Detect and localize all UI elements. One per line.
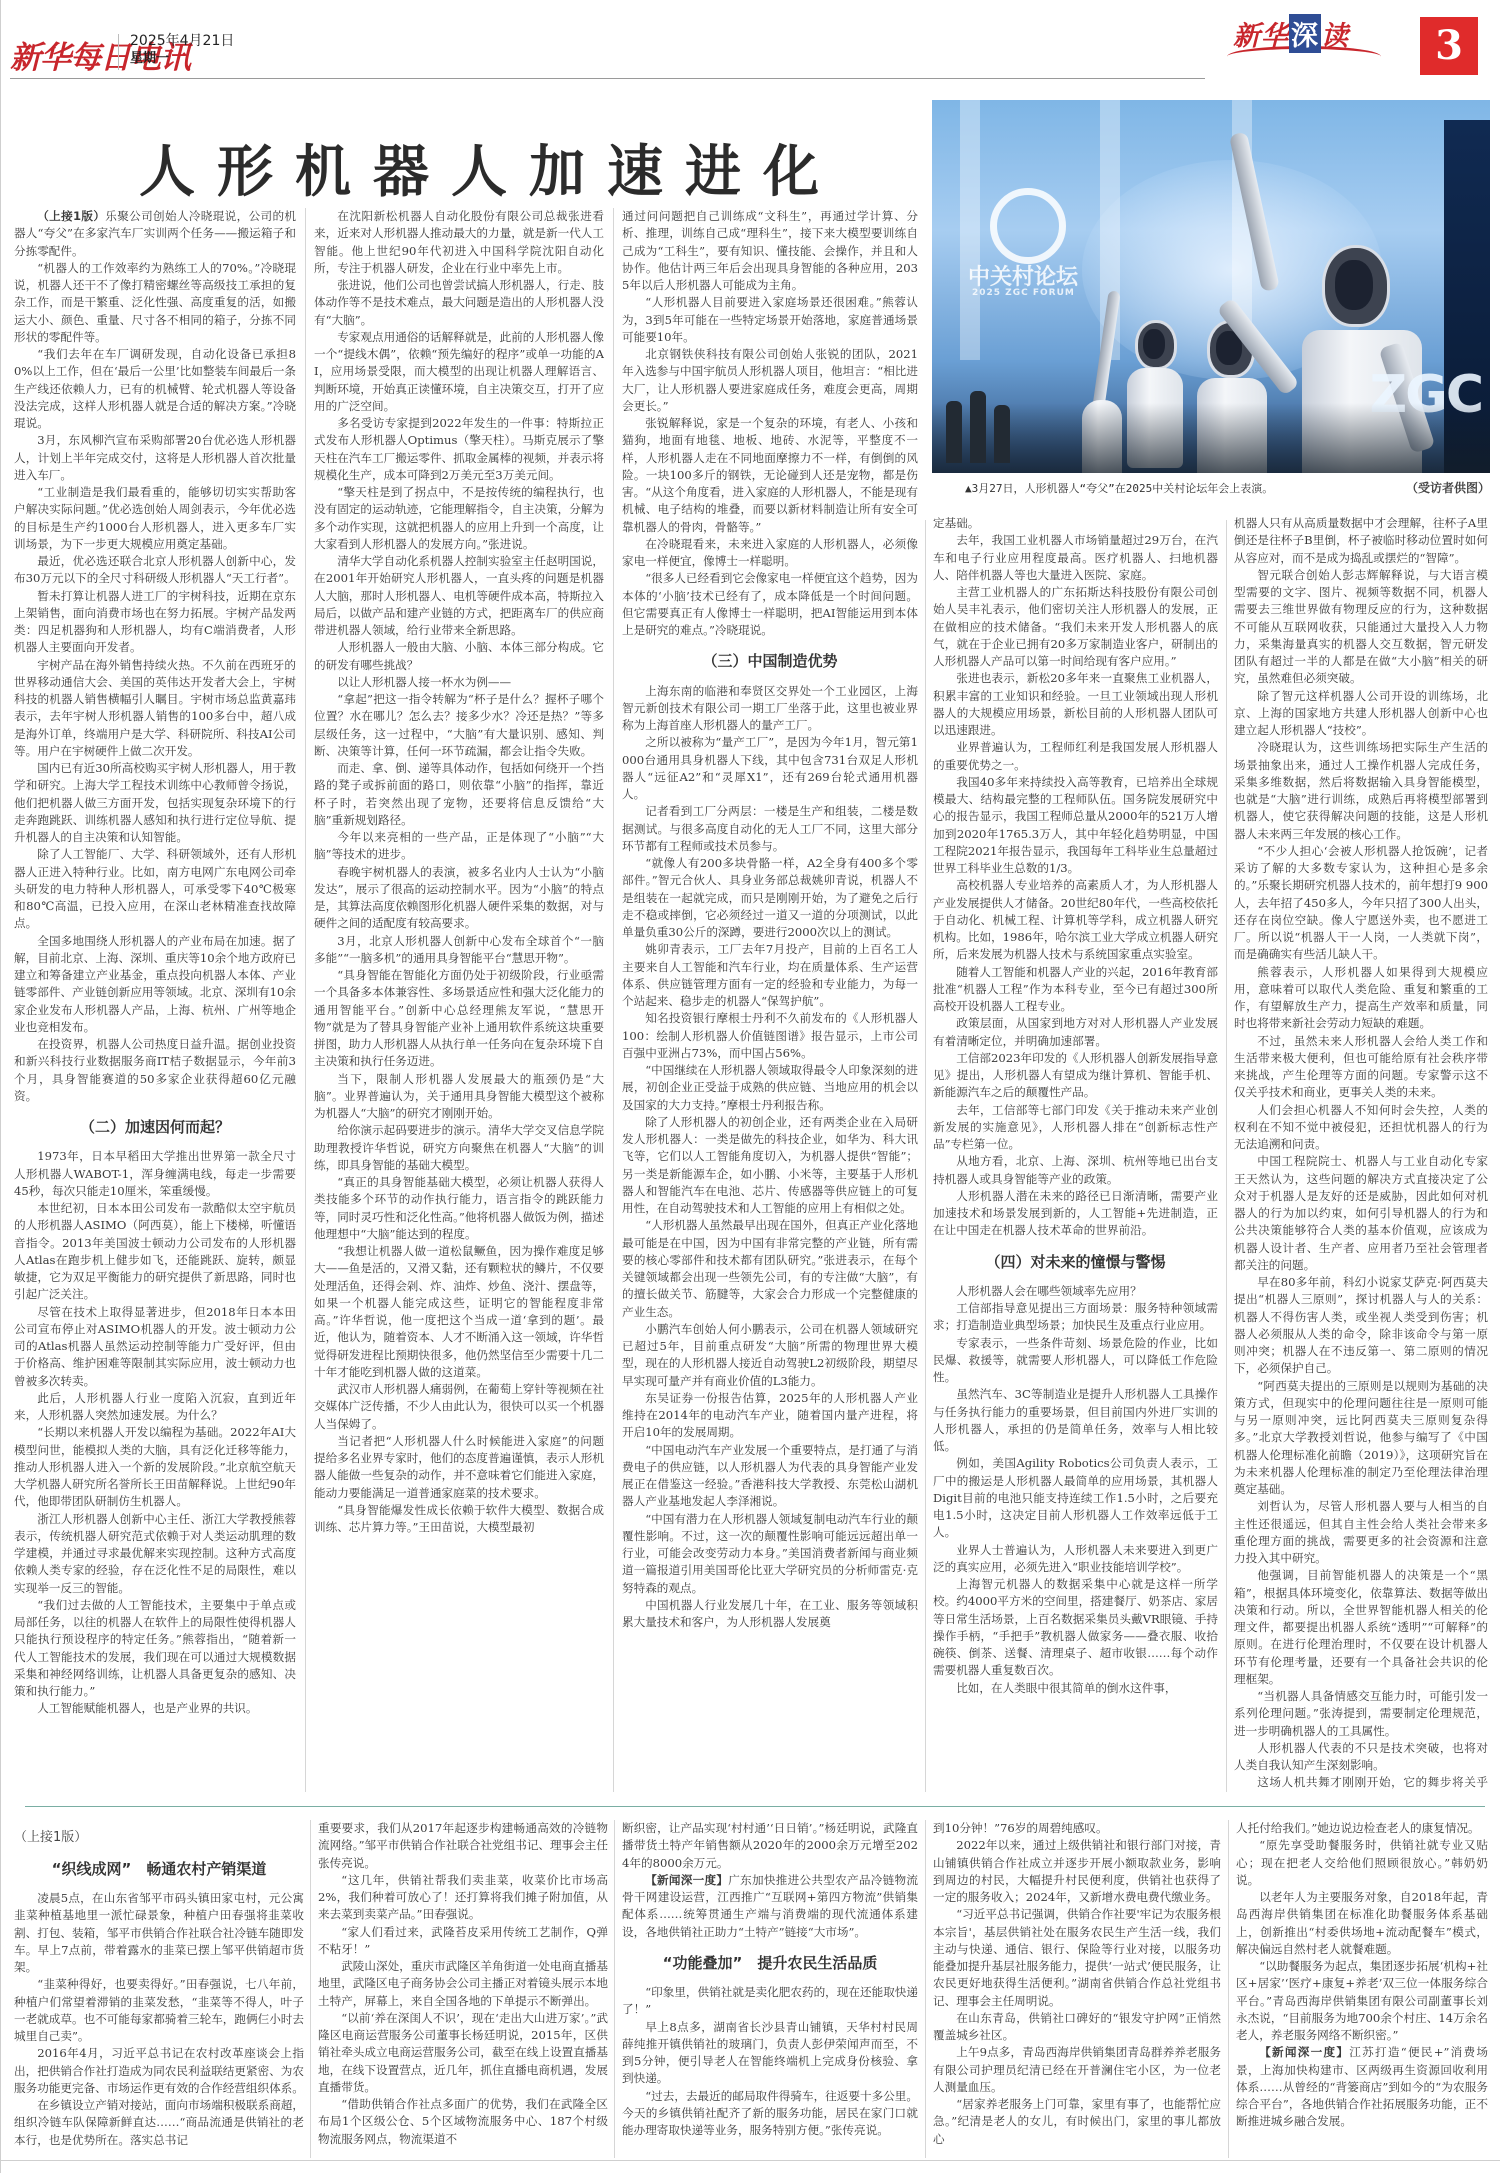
article-paragraph: 上午9点多，青岛西海岸供销集团青岛群养养老服务有限公司护理员纪清已经在开普澜住宅… (933, 2044, 1221, 2096)
paragraph-text: “擎天柱是到了拐点中，不是按传统的编程执行，也没有固定的运动轨迹，它能理解指令，… (314, 485, 604, 551)
article-paragraph: 专家观点用通俗的话解释就是，此前的人形机器人像一个“提线木偶”，依赖“预先编好的… (314, 329, 604, 415)
paragraph-text: 早上8点多，湖南省长沙县青山铺镇，天华村村民周薛纯推开镇供销社的玻璃门，负责人彭… (622, 2020, 918, 2086)
article-paragraph: 张进也表示，新松20多年来一直聚焦工业机器人，积累丰富的工业知识和经验。一旦工业… (933, 670, 1218, 739)
paragraph-text: “工业制造是我们最看重的，能够切切实实帮助客户解决实际问题。”优必选创始人周剑表… (14, 485, 296, 551)
paragraph-text: 给你演示起码要进步的演示。清华大学交叉信息学院助理教授许华哲说，研究方向聚焦在机… (314, 1123, 604, 1172)
paragraph-text: 智元联合创始人彭志辉解释说，与大语言模型需要的文字、图片、视频等数据不同，机器人… (1234, 568, 1488, 686)
article-paragraph: “我想让机器人做一道松鼠鳜鱼，因为操作难度足够大——鱼是活的，又滑又黏，还有颗粒… (314, 1243, 604, 1381)
paragraph-text: 除了人形机器人的初创企业，还有两类企业在入局研发人形机器人：一类是做先的科技企业… (622, 1115, 918, 1215)
article-paragraph: 这场人机共舞才刚刚开始，它的舞步将关乎文明未来的律动。 (1234, 1774, 1488, 1792)
paragraph-text: 专家观点用通俗的话解释就是，此前的人形机器人像一个“提线木偶”，依赖“预先编好的… (314, 330, 604, 413)
article-paragraph: 业界人士普遍认为，人形机器人未来要进入到更广泛的真实应用，必须先进入“职业技能培… (933, 1542, 1218, 1577)
article-paragraph: “擎天柱是到了拐点中，不是按传统的编程执行，也没有固定的运动轨迹，它能理解指令，… (314, 484, 604, 553)
article-paragraph: “中国有潜力在人形机器人领域复制电动汽车行业的颠覆性影响。不过，这一次的颠覆性影… (622, 1511, 918, 1597)
brand-highlight: 深 (1289, 14, 1321, 53)
article-paragraph: 定基础。 (933, 515, 1218, 532)
paragraph-text: 上海东南的临港和奉贤区交界处一个工业园区，上海智元新创技术有限公司一期工厂坐落于… (622, 684, 918, 733)
paragraph-text: 上海智元机器人的数据采集中心就是这样一所学校。约4000平方米的空间里，搭建餐厅… (933, 1577, 1218, 1677)
article-paragraph: 春晚宇树机器人的表演，被多名业内人士认为“小脑发达”，展示了很高的运动控制水平。… (314, 864, 604, 933)
paragraph-text: 除了人工智能厂、大学、科研领域外，还有人形机器人正进入特种行业。比如，南方电网广… (14, 847, 296, 930)
photographer-figure (946, 401, 962, 463)
section-subheading: （二）加速因何而起？ (14, 1119, 296, 1136)
article-paragraph: “中国继续在人形机器人领域取得最令人印象深刻的进展，初创企业正受益于成熟的供应链… (622, 1062, 918, 1114)
article-paragraph: 此后，人形机器人行业一度陷入沉寂，直到近年来，人形机器人突然加速发展。为什么？ (14, 1390, 296, 1425)
paragraph-text: 今年以来亮相的一些产品，正是体现了“小脑”“大脑”等技术的进步。 (314, 830, 604, 861)
article-paragraph: 业界普遍认为，工程师红利是我国发展人形机器人的重要优势之一。 (933, 739, 1218, 774)
article-paragraph: “习近平总书记强调，供销合作社要'牢记为农服务根本宗旨'，基层供销社处在服务农民… (933, 1906, 1221, 2010)
article-paragraph: 人工智能赋能机器人，也是产业界的共识。 (14, 1700, 296, 1717)
article-paragraph: 除了智元这样机器人公司开设的训练场，北京、上海的国家地方共建人形机器人创新中心也… (1234, 688, 1488, 740)
article-paragraph: 中国工程院院士、机器人与工业自动化专家王天然认为，这些问题的解决方式直接决定了公… (1234, 1153, 1488, 1274)
paragraph-text: “我们过去做的人工智能技术，主要集中于单点或局部任务，以往的机器人在软件上的局限… (14, 1598, 296, 1698)
article-paragraph: 多名受访专家提到2022年发生的一件事：特斯拉正式发布人形机器人Optimus（… (314, 415, 604, 484)
article-paragraph: 我国40多年来持续投入高等教育，已培养出全球规模最大、结构最完整的工程师队伍。国… (933, 774, 1218, 878)
paragraph-text: 例如，美国Agility Robotics公司负责人表示，工厂中的搬运是人形机器… (933, 1456, 1218, 1539)
article-paragraph: 到10分钟！”76岁的周碧纯感叹。 (933, 1820, 1221, 1837)
article-paragraph: “拿起”把这一指令转解为“杯子是什么？握杯子哪个位置？水在哪儿？怎么去？接多少水… (314, 691, 604, 760)
article-paragraph: 当下，限制人形机器人发展最大的瓶颈仍是“大脑”。业界普遍认为，关于通用具身智能大… (314, 1071, 604, 1123)
article-paragraph: 张进说，他们公司也曾尝试搞人形机器人，行走、肢体动作等不是技术难点，最大问题是造… (314, 277, 604, 329)
photo-backdrop-subtext: 2025 ZGC FORUM (972, 288, 1075, 298)
paragraph-text: “原先享受助餐服务时，供销社就专业又贴心；现在把老人交给他们照顾很放心。”韩奶奶… (1236, 1838, 1488, 1887)
article-column-2: 在沈阳新松机器人自动化股份有限公司总裁张进看来，近来对人形机器人推动最大的力量，… (314, 208, 604, 1792)
lower-column-2: 重要要求，我们从2017年起逐步构建畅通高效的冷链物流网络。”邹平市供销合作社联… (318, 1820, 608, 2158)
paragraph-text: “居家养老服务上门可靠，家里有事了，也能帮忙应急。”纪清是老人的女儿，有时候出门… (933, 2097, 1221, 2146)
paragraph-text: 人形机器人会在哪些领域率先应用？ (956, 1284, 1142, 1298)
news-depth-tag: 【新闻深一度】 (1259, 2045, 1349, 2059)
section-subheading: （三）中国制造优势 (622, 653, 918, 670)
article-paragraph: 3月，东风柳汽宣布采购部署20台优必选人形机器人，计划上半年完成交付，这将是人形… (14, 432, 296, 484)
article-paragraph: “中国电动汽车产业发展一个重要特点，是打通了与消费电子的供应链，以人形机器人为代… (622, 1442, 918, 1511)
paragraph-text: 东吴证券一份报告估算，2025年的人形机器人产业维持在2014年的电动汽车产业，… (622, 1391, 918, 1440)
article-paragraph: 之所以被称为“量产工厂”，是因为今年1月，智元第1000台通用具身机器人下线，其… (622, 734, 918, 803)
paragraph-text: 人形机器人潜在未来的路径已日渐清晰，需要产业加速技术和场景发展到新的，人工智能+… (933, 1189, 1218, 1238)
column-rule (1226, 520, 1227, 1792)
brand-suffix: 读 (1321, 21, 1349, 52)
paragraph-text: 通过问问题把自己训练成“文科生”，再通过学计算、分析、推理，训练自己成“理科生”… (622, 209, 918, 292)
paragraph-text: “家人们看过来，武隆苔皮采用传统工艺制作，Q弹不粘牙！” (318, 1925, 608, 1956)
article-paragraph: 早在80多年前，科幻小说家艾萨克·阿西莫夫提出“机器人三原则”，探讨机器人与人的… (1234, 1274, 1488, 1378)
article-paragraph: 主营工业机器人的广东拓斯达科技股份有限公司创始人吴丰礼表示，他们密切关注人形机器… (933, 584, 1218, 670)
paragraph-text: 暂未打算让机器人进工厂的宇树科技，近期在京东上架销售，面向消费市场也在努力拓展。… (14, 589, 296, 655)
photographer-figure (970, 391, 986, 463)
article-column-3: 通过问问题把自己训练成“文科生”，再通过学计算、分析、推理，训练自己成“理科生”… (622, 208, 918, 1792)
paragraph-text: “长期以来机器人开发以编程为基础。2022年AI大模型问世，能模拟人类的大脑，具… (14, 1425, 296, 1508)
article-paragraph: 工信部指导意见提出三方面场景：服务特种领域需求；打造制造业典型场景；加快民生及重… (933, 1300, 1218, 1335)
continued-from-label: （上接1版） (14, 1826, 87, 1845)
article-paragraph: 武陵山深处，重庆市武隆区羊角街道一处电商直播基地里，武隆区电子商务协会公司主播正… (318, 1958, 608, 2010)
column-rule (310, 1820, 311, 2158)
article-paragraph: 【新闻深一度】广东加快推进公共型农产品冷链物流骨干网建设运营，江西推广“互联网+… (622, 1872, 918, 1941)
paragraph-text: 中国工程院院士、机器人与工业自动化专家王天然认为，这些问题的解决方式直接决定了公… (1234, 1154, 1488, 1272)
article-paragraph: 东吴证券一份报告估算，2025年的人形机器人产业维持在2014年的电动汽车产业，… (622, 1390, 918, 1442)
article-paragraph: “人形机器人目前要进入家庭场景还很困难。”熊蓉认为，3到5年可能在一些特定场景开… (622, 294, 918, 346)
paragraph-text: 断织密，让产品实现‘村村通’‘日日销’。”杨廷明说，武隆直播带货土特产年销售额从… (622, 1821, 918, 1870)
article-paragraph: 凌晨5点，在山东省邹平市码头镇田家屯村，元公寓韭菜种植基地里一派忙碌景象，种植户… (14, 1890, 304, 1976)
article-paragraph: 当记者把“人形机器人什么时候能进入家庭”的问题提给多名业界专家时，他们的态度普遍… (314, 1433, 604, 1502)
lower-column-3: 断织密，让产品实现‘村村通’‘日日销’。”杨廷明说，武隆直播带货土特产年销售额从… (622, 1820, 918, 2158)
section-brand-logo: 新华深读 (1225, 14, 1385, 66)
paragraph-text: 以老年人为主要服务对象，自2018年起，青岛西海岸供销集团在标准化助餐服务体系基… (1236, 1890, 1488, 1956)
article-paragraph: 机器人只有从高质量数据中才会理解，往杯子A里倒还是往杯子B里倒，杯子被临时移动位… (1234, 515, 1488, 567)
section-subheading: “功能叠加” 提升农民生活品质 (622, 1955, 918, 1972)
article-paragraph: 在山东青岛，供销社口碑好的“银发守护网”正悄然覆盖城乡社区。 (933, 2010, 1221, 2045)
paragraph-text: 虽然汽车、3C等制造业是提升人形机器人工具操作与任务执行能力的重要场景，但目前国… (933, 1387, 1218, 1453)
paragraph-text: 早在80多年前，科幻小说家艾萨克·阿西莫夫提出“机器人三原则”，探讨机器人与人的… (1234, 1275, 1488, 1375)
paragraph-text: 重要要求，我们从2017年起逐步构建畅通高效的冷链物流网络。”邹平市供销合作社联… (318, 1821, 608, 1870)
paragraph-text: 小鹏汽车创始人何小鹏表示，公司在机器人领域研究已超过5年，目前重点研发“大脑”所… (622, 1322, 918, 1388)
article-paragraph: “过去，去最近的邮局取件得骑车，往返要十多公里。今天的乡镇供销社配齐了新的服务功… (622, 2088, 918, 2140)
article-paragraph: “印象里，供销社就是卖化肥农药的，现在还能取快递了！” (622, 1984, 918, 2019)
paragraph-text: 在乡镇设立产销对接站，面向市场端积极联系商超，组织冷链车队保障新鲜直达……“商品… (14, 2098, 304, 2147)
article-paragraph: 北京钢铁侠科技有限公司创始人张锐的团队，2021年入选参与中国宇航员人形机器人项… (622, 346, 918, 415)
photo-caption: ▲3月27日，人形机器人“夸父”在2025中关村论坛年会上表演。 （受访者供图） (965, 480, 1490, 496)
article-paragraph: 专家表示，一些条件苛刻、场景危险的作业，比如民爆、救援等，就需要人形机器人，可以… (933, 1335, 1218, 1387)
paragraph-text: 多名受访专家提到2022年发生的一件事：特斯拉正式发布人形机器人Optimus（… (314, 416, 604, 482)
article-column-5: 机器人只有从高质量数据中才会理解，往杯子A里倒还是往杯子B里倒，杯子被临时移动位… (1234, 515, 1488, 1792)
article-paragraph: 3月，北京人形机器人创新中心发布全球首个“一脑多能”“一脑多机”的通用具身智能平… (314, 933, 604, 968)
article-paragraph: 中国机器人行业发展几十年，在工业、服务等领域积累大量技术和客户，为人形机器人发展… (622, 1597, 918, 1632)
paragraph-text: “我们去年在车厂调研发现，自动化设备已承担80%以上工作，但在‘最后一公里’比如… (14, 347, 296, 430)
page-left-border (0, 0, 1, 2173)
article-paragraph: “不少人担心‘会被人形机器人抢饭碗’，记者采访了解的大多数专家认为，这种担心是多… (1234, 843, 1488, 964)
paragraph-text: 到10分钟！”76岁的周碧纯感叹。 (933, 1821, 1108, 1835)
paragraph-text: 武汉市人形机器人痛弱例，在葡萄上穿针等视频在社交媒体广泛传播，不少人由此认为，很… (314, 1382, 604, 1431)
masthead-separator (118, 34, 119, 70)
paragraph-text: 国内已有近30所高校购买宇树人形机器人，用于教学和研究。上海大学工程技术训练中心… (14, 761, 296, 844)
article-paragraph: 断织密，让产品实现‘村村通’‘日日销’。”杨廷明说，武隆直播带货土特产年销售额从… (622, 1820, 918, 1872)
paragraph-text: 记者看到工厂分两层：一楼是生产和组装，二楼是数据测试。与很多高度自动化的无人工厂… (622, 804, 918, 853)
article-paragraph: 人们会担心机器人不知何时会失控，人类的权利在不知不觉中被侵犯，还担忧机器人的行为… (1234, 1102, 1488, 1154)
article-paragraph: 随着人工智能和机器人产业的兴起，2016年教育部批准“机器人工程”作为本科专业，… (933, 964, 1218, 1016)
paragraph-text: 3月，北京人形机器人创新中心发布全球首个“一脑多能”“一脑多机”的通用具身智能平… (314, 934, 604, 965)
news-depth-tag: 【新闻深一度】 (645, 1873, 728, 1887)
article-paragraph: 本世纪初，日本本田公司发布一款酷似太空宇航员的人形机器人ASIMO（阿西莫），能… (14, 1200, 296, 1304)
paragraph-text: 本世纪初，日本本田公司发布一款酷似太空宇航员的人形机器人ASIMO（阿西莫），能… (14, 1201, 296, 1301)
paragraph-text: 主营工业机器人的广东拓斯达科技股份有限公司创始人吴丰礼表示，他们密切关注人形机器… (933, 585, 1218, 668)
article-paragraph: 暂未打算让机器人进工厂的宇树科技，近期在京东上架销售，面向消费市场也在努力拓展。… (14, 588, 296, 657)
paragraph-text: 全国多地围绕人形机器人的产业布局在加速。据了解，目前北京、上海、深圳、重庆等10… (14, 934, 296, 1034)
paragraph-text: 张进说，他们公司也曾尝试搞人形机器人，行走、肢体动作等不是技术难点，最大问题是造… (314, 278, 604, 327)
column-rule (305, 208, 306, 1792)
article-paragraph: 以老年人为主要服务对象，自2018年起，青岛西海岸供销集团在标准化助餐服务体系基… (1236, 1889, 1488, 1958)
paragraph-text: 2022年以来，通过上级供销社和银行部门对接，青山铺镇供销合作社成立并逐步开展小… (933, 1838, 1221, 1904)
paragraph-text: 凌晨5点，在山东省邹平市码头镇田家屯村，元公寓韭菜种植基地里一派忙碌景象，种植户… (14, 1891, 304, 1974)
article-paragraph: 工信部2023年印发的《人形机器人创新发展指导意见》提出，人形机器人有望成为继计… (933, 1050, 1218, 1102)
paragraph-text: 冷晓琨认为，这些训练场把实际生产生活的场景抽象出来，通过人工操作机器人完成任务，… (1234, 740, 1488, 840)
article-paragraph: 【新闻深一度】江苏打造“便民+”消费场景，上海加快构建市、区两级再生资源回收利用… (1236, 2044, 1488, 2130)
article-photo: 中关村论坛 2025 ZGC FORUM ZGC (932, 100, 1490, 473)
paragraph-text: 之所以被称为“量产工厂”，是因为今年1月，智元第1000台通用具身机器人下线，其… (622, 735, 918, 801)
article-paragraph: 在冷晓琨看来，未来进入家庭的人形机器人，必须像家电一样便宜，像博士一样聪明。 (622, 536, 918, 571)
paragraph-text: 此后，人形机器人行业一度陷入沉寂，直到近年来，人形机器人突然加速发展。为什么？ (14, 1391, 296, 1422)
article-paragraph: “机器人的工作效率约为熟练工人的70%。”冷晓琨说，机器人还干不了像打精密螺丝等… (14, 260, 296, 346)
paragraph-text: 张进也表示，新松20多年来一直聚焦工业机器人，积累丰富的工业知识和经验。一旦工业… (933, 671, 1218, 737)
article-paragraph: “当机器人具备情感交互能力时，可能引发一系列伦理问题。”张涛提到，需要制定伦理规… (1234, 1688, 1488, 1740)
article-paragraph: 最近，优必选还联合北京人形机器人创新中心，发布30万元以下的全尺寸科研级人形机器… (14, 553, 296, 588)
article-paragraph: 姚卯青表示，工厂去年7月投产，目前的上百名工人主要来自人工智能和汽车行业，均在质… (622, 941, 918, 1010)
paragraph-text: 业界普遍认为，工程师红利是我国发展人形机器人的重要优势之一。 (933, 740, 1218, 771)
article-paragraph: 去年，工信部等七部门印发《关于推动未来产业创新发展的实施意见》，人形机器人排在“… (933, 1102, 1218, 1154)
article-paragraph: 知名投资银行摩根士丹利不久前发布的《人形机器人100：绘制人形机器人价值链图谱》… (622, 1010, 918, 1062)
article-paragraph: “居家养老服务上门可靠，家里有事了，也能帮忙应急。”纪清是老人的女儿，有时候出门… (933, 2096, 1221, 2148)
paragraph-text: 去年，我国工业机器人市场销量超过29万台，在汽车和电子行业应用程度最高。医疗机器… (933, 533, 1218, 582)
paragraph-text: “以前‘养在深闺人不识’，现在‘走出大山进万家’。”武隆区电商运营服务公司董事长… (318, 2011, 608, 2094)
article-paragraph: 清华大学自动化系机器人控制实验室主任赵明国说，在2001年开始研究人形机器人，一… (314, 553, 604, 639)
paragraph-text: 在沈阳新松机器人自动化股份有限公司总裁张进看来，近来对人形机器人推动最大的力量，… (314, 209, 604, 275)
paragraph-text: 从地方看，北京、上海、深圳、杭州等地已出台支持机器人或具身智能等产业的政策。 (933, 1154, 1218, 1185)
issue-date: 2025年4月21日 (130, 32, 234, 50)
article-paragraph: 2022年以来，通过上级供销社和银行部门对接，青山铺镇供销合作社成立并逐步开展小… (933, 1837, 1221, 1906)
article-paragraph: 国内已有近30所高校购买宇树人形机器人，用于教学和研究。上海大学工程技术训练中心… (14, 760, 296, 846)
column-rule (613, 208, 614, 1792)
photo-pillar (960, 100, 980, 360)
paragraph-text: “不少人担心‘会被人形机器人抢饭碗’，记者采访了解的大多数专家认为，这种担心是多… (1234, 844, 1488, 962)
paragraph-text: 人们会担心机器人不知何时会失控，人类的权利在不知不觉中被侵犯，还担忧机器人的行为… (1234, 1103, 1488, 1152)
article-paragraph: 冷晓琨认为，这些训练场把实际生产生活的场景抽象出来，通过人工操作机器人完成任务，… (1234, 739, 1488, 843)
paragraph-text: “过去，去最近的邮局取件得骑车，往返要十多公里。今天的乡镇供销社配齐了新的服务功… (622, 2089, 918, 2138)
column-rule (614, 1820, 615, 2158)
article-paragraph: 张锐解释说，家是一个复杂的环境，有老人、小孩和猫狗，地面有地毯、地板、地砖、水泥… (622, 415, 918, 536)
paragraph-text: “中国继续在人形机器人领域取得最令人印象深刻的进展，初创企业正受益于成熟的供应链… (622, 1063, 918, 1112)
article-paragraph: 上海东南的临港和奉贤区交界处一个工业园区，上海智元新创技术有限公司一期工厂坐落于… (622, 683, 918, 735)
paragraph-text: “当机器人具备情感交互能力时，可能引发一系列伦理问题。”张涛提到，需要制定伦理规… (1234, 1689, 1488, 1738)
article-paragraph: “很多人已经看到它会像家电一样便宜这个趋势，因为本体的‘小脑’技术已经有了，成本… (622, 570, 918, 639)
article-paragraph: 智元联合创始人彭志辉解释说，与大语言模型需要的文字、图片、视频等数据不同，机器人… (1234, 567, 1488, 688)
article-paragraph: “我们去年在车厂调研发现，自动化设备已承担80%以上工作，但在‘最后一公里’比如… (14, 346, 296, 432)
paragraph-text: 3月，东风柳汽宣布采购部署20台优必选人形机器人，计划上半年完成交付，这将是人形… (14, 433, 296, 482)
paragraph-text: 春晚宇树机器人的表演，被多名业内人士认为“小脑发达”，展示了很高的运动控制水平。… (314, 865, 604, 931)
article-paragraph: 虽然汽车、3C等制造业是提升人形机器人工具操作与任务执行能力的重要场景，但目前国… (933, 1386, 1218, 1455)
article-paragraph: “原先享受助餐服务时，供销社就专业又贴心；现在把老人交给他们照顾很放心。”韩奶奶… (1236, 1837, 1488, 1889)
paragraph-text: 在投资界，机器人公司热度日益升温。据创业投资和新兴科技行业数据服务商IT桔子数据… (14, 1037, 296, 1103)
photo-floor (932, 403, 1490, 473)
issue-weekday: 星期一 (130, 50, 234, 68)
article-paragraph: “工业制造是我们最看重的，能够切切实实帮助客户解决实际问题。”优必选创始人周剑表… (14, 484, 296, 553)
paragraph-text: 北京钢铁侠科技有限公司创始人张锐的团队，2021年入选参与中国宇航员人形机器人项… (622, 347, 918, 413)
issue-date-block: 2025年4月21日 星期一 (130, 32, 234, 68)
article-paragraph: “具身智能在智能化方面仍处于初级阶段，行业亟需一个具备多本体兼容性、多场景适应性… (314, 967, 604, 1071)
paragraph-text: 尽管在技术上取得显著进步，但2018年日本本田公司宣布停止对ASIMO机器人的开… (14, 1305, 296, 1388)
photo-backdrop-text: 中关村论坛 (968, 260, 1078, 291)
photo-credit: （受访者供图） (1406, 479, 1490, 496)
column-rule (925, 520, 926, 1792)
section-subheading: （四）对未来的憧憬与警惕 (933, 1254, 1218, 1271)
article-paragraph: 人托付给我们。”她边说边检查老人的康复情况。 (1236, 1820, 1488, 1837)
article-paragraph: “韭菜种得好，也要卖得好。”田春强说，七八年前，种植户们常望着滞销的韭菜发愁，“… (14, 1976, 304, 2045)
article-paragraph: “以前‘养在深闺人不识’，现在‘走出大山进万家’。”武隆区电商运营服务公司董事长… (318, 2010, 608, 2096)
paragraph-text: 人形机器人一般由大脑、小脑、本体三部分构成。它的研发有哪些挑战？ (314, 640, 604, 671)
article-paragraph: “阿西莫夫提出的三原则是以规则为基础的决策方式，但现实中的伦理问题往往是一原则可… (1234, 1378, 1488, 1499)
article-paragraph: 今年以来亮相的一些产品，正是体现了“小脑”“大脑”等技术的进步。 (314, 829, 604, 864)
paragraph-text: 我国40多年来持续投入高等教育，已培养出全球规模最大、结构最完整的工程师队伍。国… (933, 775, 1218, 875)
article-paragraph: 早上8点多，湖南省长沙县青山铺镇，天华村村民周薛纯推开镇供销社的玻璃门，负责人彭… (622, 2019, 918, 2088)
article-column-1: （上接1版）乐聚公司创始人冷晓琨说，公司的机器人“夸父”在多家汽车厂实训两个任务… (14, 208, 296, 1792)
paragraph-text: 最近，优必选还联合北京人形机器人创新中心，发布30万元以下的全尺寸科研级人形机器… (14, 554, 296, 585)
article-paragraph: 人形机器人会在哪些领域率先应用？ (933, 1283, 1218, 1300)
page-number-badge: 3 (1420, 17, 1478, 75)
article-paragraph: （上接1版）乐聚公司创始人冷晓琨说，公司的机器人“夸父”在多家汽车厂实训两个任务… (14, 208, 296, 260)
paragraph-text: “阿西莫夫提出的三原则是以规则为基础的决策方式，但现实中的伦理问题往往是一原则可… (1234, 1379, 1488, 1497)
article-paragraph: 通过问问题把自己训练成“文科生”，再通过学计算、分析、推理，训练自己成“理科生”… (622, 208, 918, 294)
paragraph-text: “机器人的工作效率约为熟练工人的70%。”冷晓琨说，机器人还干不了像打精密螺丝等… (14, 261, 296, 344)
article-paragraph: “以助餐服务为起点，集团逐步拓展‘机构+社区+居家’‘医疗+康复+养老’双三位一… (1236, 1958, 1488, 2044)
column-rule (925, 1820, 926, 2158)
article-paragraph: “借助供销合作社点多面广的优势，我们在武隆全区布局1个区级公仓、5个区域物流服务… (318, 2096, 608, 2148)
paragraph-text: 宇树产品在海外销售持续火热。不久前在西班牙的世界移动通信大会、美国的英伟达开发者… (14, 658, 296, 758)
forum-logo-icon (990, 188, 1066, 264)
paragraph-text: “中国电动汽车产业发展一个重要特点，是打通了与消费电子的供应链，以人形机器人为代… (622, 1443, 918, 1509)
paragraph-text: “具身智能爆发性成长依赖于软件大模型、数据合成训练、芯片算力等。”王田苗说，大模… (314, 1503, 604, 1534)
photo-caption-text: ▲3月27日，人形机器人“夸父”在2025中关村论坛年会上表演。 (965, 482, 1273, 495)
paragraph-text: 政策层面，从国家到地方对对人形机器人产业发展有着清晰定位，并明确加速部署。 (933, 1016, 1218, 1047)
paragraph-text: 人托付给我们。”她边说边检查老人的康复情况。 (1236, 1821, 1480, 1835)
paragraph-text: 这场人机共舞才刚刚开始，它的舞步将关乎文明未来的律动。 (1234, 1775, 1488, 1792)
article-paragraph: “这几年，供销社帮我们卖韭菜，收菜价比市场高2%，我们种着可放心了！还打算将我们… (318, 1872, 608, 1924)
article-paragraph: 人形机器人一般由大脑、小脑、本体三部分构成。它的研发有哪些挑战？ (314, 639, 604, 674)
article-paragraph: 去年，我国工业机器人市场销量超过29万台，在汽车和电子行业应用程度最高。医疗机器… (933, 532, 1218, 584)
paragraph-text: 在冷晓琨看来，未来进入家庭的人形机器人，必须像家电一样便宜，像博士一样聪明。 (622, 537, 918, 568)
paragraph-text: 刘哲认为，尽管人形机器人要与人相当的自主性还很遥远，但其自主性会给人类社会带来多… (1234, 1499, 1488, 1565)
paragraph-text: “印象里，供销社就是卖化肥农药的，现在还能取快递了！” (622, 1985, 918, 2016)
article-paragraph: 记者看到工厂分两层：一楼是生产和组装，二楼是数据测试。与很多高度自动化的无人工厂… (622, 803, 918, 855)
paragraph-text: 工信部2023年印发的《人形机器人创新发展指导意见》提出，人形机器人有望成为继计… (933, 1051, 1218, 1100)
paragraph-text: 比如，在人类眼中很其简单的倒水这件事， (956, 1681, 1176, 1695)
paragraph-text: “拿起”把这一指令转解为“杯子是什么？握杯子哪个位置？水在哪儿？怎么去？接多少水… (314, 692, 604, 758)
paragraph-text: 清华大学自动化系机器人控制实验室主任赵明国说，在2001年开始研究人形机器人，一… (314, 554, 604, 637)
article-paragraph: 刘哲认为，尽管人形机器人要与人相当的自主性还很遥远，但其自主性会给人类社会带来多… (1234, 1498, 1488, 1567)
article-column-4: 定基础。去年，我国工业机器人市场销量超过29万台，在汽车和电子行业应用程度最高。… (933, 515, 1218, 1792)
paragraph-text: 业界人士普遍认为，人形机器人未来要进入到更广泛的真实应用，必须先进入“职业技能培… (933, 1543, 1218, 1574)
article-paragraph: 不过，虽然未来人形机器人会给人类工作和生活带来极大便利，但也可能给原有社会秩序带… (1234, 1033, 1488, 1102)
article-paragraph: 比如，在人类眼中很其简单的倒水这件事， (933, 1680, 1218, 1697)
article-title: 人形机器人加速进化 (60, 128, 920, 208)
paragraph-text: 当下，限制人形机器人发展最大的瓶颈仍是“大脑”。业界普遍认为，关于通用具身智能大… (314, 1072, 604, 1121)
article-paragraph: 除了人形机器人的初创企业，还有两类企业在入局研发人形机器人：一类是做先的科技企业… (622, 1114, 918, 1218)
paragraph-text: 知名投资银行摩根士丹利不久前发布的《人形机器人100：绘制人形机器人价值链图谱》… (622, 1011, 918, 1060)
article-paragraph: 浙江人形机器人创新中心主任、浙江大学教授熊蓉表示，传统机器人研究范式依赖于对人类… (14, 1511, 296, 1597)
paragraph-text: 姚卯青表示，工厂去年7月投产，目前的上百名工人主要来自人工智能和汽车行业，均在质… (622, 942, 918, 1008)
article-paragraph: 武汉市人形机器人痛弱例，在葡萄上穿针等视频在社交媒体广泛传播，不少人由此认为，很… (314, 1381, 604, 1433)
article-paragraph: 例如，美国Agility Robotics公司负责人表示，工厂中的搬运是人形机器… (933, 1455, 1218, 1541)
paragraph-text: 人形机器人代表的不只是技术突破，也将对人类自我认知产生深刻影响。 (1234, 1741, 1488, 1772)
paragraph-text: 中国机器人行业发展几十年，在工业、服务等领域积累大量技术和客户，为人形机器人发展… (622, 1598, 918, 1629)
article-paragraph: 给你演示起码要进步的演示。清华大学交叉信息学院助理教授许华哲说，研究方向聚焦在机… (314, 1122, 604, 1174)
article-paragraph: “家人们看过来，武隆苔皮采用传统工艺制作，Q弹不粘牙！” (318, 1924, 608, 1959)
paragraph-text: 当记者把“人形机器人什么时候能进入家庭”的问题提给多名业界专家时，他们的态度普遍… (314, 1434, 604, 1500)
paragraph-text: 浙江人形机器人创新中心主任、浙江大学教授熊蓉表示，传统机器人研究范式依赖于对人类… (14, 1512, 296, 1595)
paragraph-text: “具身智能在智能化方面仍处于初级阶段，行业亟需一个具备多本体兼容性、多场景适应性… (314, 968, 604, 1068)
paragraph-text: “习近平总书记强调，供销合作社要'牢记为农服务根本宗旨'，基层供销社处在服务农民… (933, 1907, 1221, 2007)
article-paragraph: 全国多地围绕人形机器人的产业布局在加速。据了解，目前北京、上海、深圳、重庆等10… (14, 933, 296, 1037)
article-paragraph: 除了人工智能厂、大学、科研领域外，还有人形机器人正进入特种行业。比如，南方电网广… (14, 846, 296, 932)
paragraph-text: 工信部指导意见提出三方面场景：服务特种领域需求；打造制造业典型场景；加快民生及重… (933, 1301, 1218, 1332)
paragraph-text: “人形机器人目前要进入家庭场景还很困难。”熊蓉认为，3到5年可能在一些特定场景开… (622, 295, 918, 344)
lower-section-heading-1: “织线成网” 畅通农村产销渠道 (14, 1858, 304, 1879)
paragraph-text: 人工智能赋能机器人，也是产业界的共识。 (37, 1701, 257, 1715)
lower-column-5: 人托付给我们。”她边说边检查老人的康复情况。“原先享受助餐服务时，供销社就专业又… (1236, 1820, 1488, 2158)
paragraph-text: 而走、拿、倒、递等具体动作，包括如何绕开一个挡路的凳子或拆前面的路口，则依靠“小… (314, 761, 604, 827)
paragraph-text: “中国有潜力在人形机器人领域复制电动汽车行业的颠覆性影响。不过，这一次的颠覆性影… (622, 1512, 918, 1595)
article-paragraph: 以让人形机器人接一杯水为例—— (314, 674, 604, 691)
article-paragraph: “长期以来机器人开发以编程为基础。2022年AI大模型问世，能模拟人类的大脑，具… (14, 1424, 296, 1510)
paragraph-text: “我想让机器人做一道松鼠鳜鱼，因为操作难度足够大——鱼是活的，又滑又黏，还有颗粒… (314, 1244, 604, 1379)
article-paragraph: 宇树产品在海外销售持续火热。不久前在西班牙的世界移动通信大会、美国的英伟达开发者… (14, 657, 296, 761)
article-paragraph: 政策层面，从国家到地方对对人形机器人产业发展有着清晰定位，并明确加速部署。 (933, 1015, 1218, 1050)
paragraph-text: 1973年，日本早稻田大学推出世界第一款全尺寸人形机器人WABOT-1，浑身缠满… (14, 1149, 296, 1198)
paragraph-text: “真正的具身智能基础大模型，必须让机器人获得人类技能多个环节的动作执行能力，语言… (314, 1175, 604, 1241)
article-paragraph: “我们过去做的人工智能技术，主要集中于单点或局部任务，以往的机器人在软件上的局限… (14, 1597, 296, 1701)
article-paragraph: “真正的具身智能基础大模型，必须让机器人获得人类技能多个环节的动作执行能力，语言… (314, 1174, 604, 1243)
paragraph-text: 高校机器人专业培养的高素质人才，为人形机器人产业发展提供人才储备。20世纪80年… (933, 878, 1218, 961)
article-paragraph: 在沈阳新松机器人自动化股份有限公司总裁张进看来，近来对人形机器人推动最大的力量，… (314, 208, 604, 277)
paragraph-text: 不过，虽然未来人形机器人会给人类工作和生活带来极大便利，但也可能给原有社会秩序带… (1234, 1034, 1488, 1100)
article-paragraph: 尽管在技术上取得显著进步，但2018年日本本田公司宣布停止对ASIMO机器人的开… (14, 1304, 296, 1390)
paragraph-text: 张锐解释说，家是一个复杂的环境，有老人、小孩和猫狗，地面有地毯、地板、地砖、水泥… (622, 416, 918, 534)
column-rule (1228, 1820, 1229, 2158)
article-paragraph: 他强调，目前智能机器人的决策是一个“黑箱”，根据具体环境变化，依靠算法、数据等做… (1234, 1567, 1488, 1688)
paragraph-text: 熊蓉表示，人形机器人如果得到大规模应用，意味着可以取代人类危险、重复和繁重的工作… (1234, 965, 1488, 1031)
paragraph-text: 随着人工智能和机器人产业的兴起，2016年教育部批准“机器人工程”作为本科专业，… (933, 965, 1218, 1014)
article-paragraph: 重要要求，我们从2017年起逐步构建畅通高效的冷链物流网络。”邹平市供销合作社联… (318, 1820, 608, 1872)
section-divider (25, 1806, 1485, 1807)
article-paragraph: “人形机器人虽然最早出现在国外，但真正产业化落地最可能是在中国，因为中国有非常完… (622, 1217, 918, 1321)
paragraph-text: 武陵山深处，重庆市武隆区羊角街道一处电商直播基地里，武隆区电子商务协会公司主播正… (318, 1959, 608, 2008)
paragraph-text: 他强调，目前智能机器人的决策是一个“黑箱”，根据具体环境变化，依靠算法、数据等做… (1234, 1568, 1488, 1686)
section-brand-text: 新华深读 (1233, 14, 1349, 53)
article-paragraph: 在投资界，机器人公司热度日益升温。据创业投资和新兴科技行业数据服务商IT桔子数据… (14, 1036, 296, 1105)
paragraph-text: 除了智元这样机器人公司开设的训练场，北京、上海的国家地方共建人形机器人创新中心也… (1234, 689, 1488, 738)
brand-prefix: 新华 (1233, 21, 1289, 52)
article-paragraph: 而走、拿、倒、递等具体动作，包括如何绕开一个挡路的凳子或拆前面的路口，则依靠“小… (314, 760, 604, 829)
paragraph-text: “以助餐服务为起点，集团逐步拓展‘机构+社区+居家’‘医疗+康复+养老’双三位一… (1236, 1959, 1488, 2042)
paragraph-text: “借助供销合作社点多面广的优势，我们在武隆全区布局1个区级公仓、5个区域物流服务… (318, 2097, 608, 2146)
paragraph-text: “这几年，供销社帮我们卖韭菜，收菜价比市场高2%，我们种着可放心了！还打算将我们… (318, 1873, 608, 1922)
article-paragraph: 人形机器人潜在未来的路径已日渐清晰，需要产业加速技术和场景发展到新的，人工智能+… (933, 1188, 1218, 1240)
newspaper-page: 新华每日电讯 2025年4月21日 星期一 新华深读 3 人形机器人加速进化 中… (0, 0, 1500, 2173)
paragraph-text: 以让人形机器人接一杯水为例—— (337, 675, 511, 689)
lower-column-4: 到10分钟！”76岁的周碧纯感叹。2022年以来，通过上级供销社和银行部门对接，… (933, 1820, 1221, 2158)
article-paragraph: 熊蓉表示，人形机器人如果得到大规模应用，意味着可以取代人类危险、重复和繁重的工作… (1234, 964, 1488, 1033)
article-paragraph: “就像人有200多块骨骼一样，A2全身有400多个零部件。”智元合伙人、具身业务… (622, 855, 918, 941)
paragraph-text: 去年，工信部等七部门印发《关于推动未来产业创新发展的实施意见》，人形机器人排在“… (933, 1103, 1218, 1152)
article-paragraph: 高校机器人专业培养的高素质人才，为人形机器人产业发展提供人才储备。20世纪80年… (933, 877, 1218, 963)
paragraph-text: 机器人只有从高质量数据中才会理解，往杯子A里倒还是往杯子B里倒，杯子被临时移动位… (1234, 516, 1488, 565)
article-paragraph: 上海智元机器人的数据采集中心就是这样一所学校。约4000平方米的空间里，搭建餐厅… (933, 1576, 1218, 1680)
paragraph-text: 专家表示，一些条件苛刻、场景危险的作业，比如民爆、救援等，就需要人形机器人，可以… (933, 1336, 1218, 1385)
paragraph-text: 定基础。 (933, 516, 979, 530)
photographer-figure (994, 405, 1010, 463)
masthead-rule (10, 78, 1205, 79)
article-paragraph: “具身智能爆发性成长依赖于软件大模型、数据合成训练、芯片算力等。”王田苗说，大模… (314, 1502, 604, 1537)
paragraph-text: 2016年4月，习近平总书记在农村改革座谈会上指出，把供销合作社打造成为同农民利… (14, 2046, 304, 2095)
paragraph-text: 上午9点多，青岛西海岸供销集团青岛群养养老服务有限公司护理员纪清已经在开普澜住宅… (933, 2045, 1221, 2094)
lower-column-1: 凌晨5点，在山东省邹平市码头镇田家屯村，元公寓韭菜种植基地里一派忙碌景象，种植户… (14, 1890, 304, 2158)
paragraph-text: “人形机器人虽然最早出现在国外，但真正产业化落地最可能是在中国，因为中国有非常完… (622, 1218, 918, 1318)
page-bottom-rule (0, 2160, 1500, 2161)
continued-from-marker: （上接1版） (37, 209, 105, 223)
article-paragraph: 从地方看，北京、上海、深圳、杭州等地已出台支持机器人或具身智能等产业的政策。 (933, 1153, 1218, 1188)
paragraph-text: “韭菜种得好，也要卖得好。”田春强说，七八年前，种植户们常望着滞销的韭菜发愁，“… (14, 1977, 304, 2043)
article-paragraph: 1973年，日本早稻田大学推出世界第一款全尺寸人形机器人WABOT-1，浑身缠满… (14, 1148, 296, 1200)
article-paragraph: 2016年4月，习近平总书记在农村改革座谈会上指出，把供销合作社打造成为同农民利… (14, 2045, 304, 2097)
paragraph-text: 在山东青岛，供销社口碑好的“银发守护网”正悄然覆盖城乡社区。 (933, 2011, 1221, 2042)
article-paragraph: 小鹏汽车创始人何小鹏表示，公司在机器人领域研究已超过5年，目前重点研发“大脑”所… (622, 1321, 918, 1390)
paragraph-text: “就像人有200多块骨骼一样，A2全身有400多个零部件。”智元合伙人、具身业务… (622, 856, 918, 939)
article-paragraph: 人形机器人代表的不只是技术突破，也将对人类自我认知产生深刻影响。 (1234, 1740, 1488, 1775)
paragraph-text: “很多人已经看到它会像家电一样便宜这个趋势，因为本体的‘小脑’技术已经有了，成本… (622, 571, 918, 637)
article-paragraph: 在乡镇设立产销对接站，面向市场端积极联系商超，组织冷链车队保障新鲜直达……“商品… (14, 2097, 304, 2149)
